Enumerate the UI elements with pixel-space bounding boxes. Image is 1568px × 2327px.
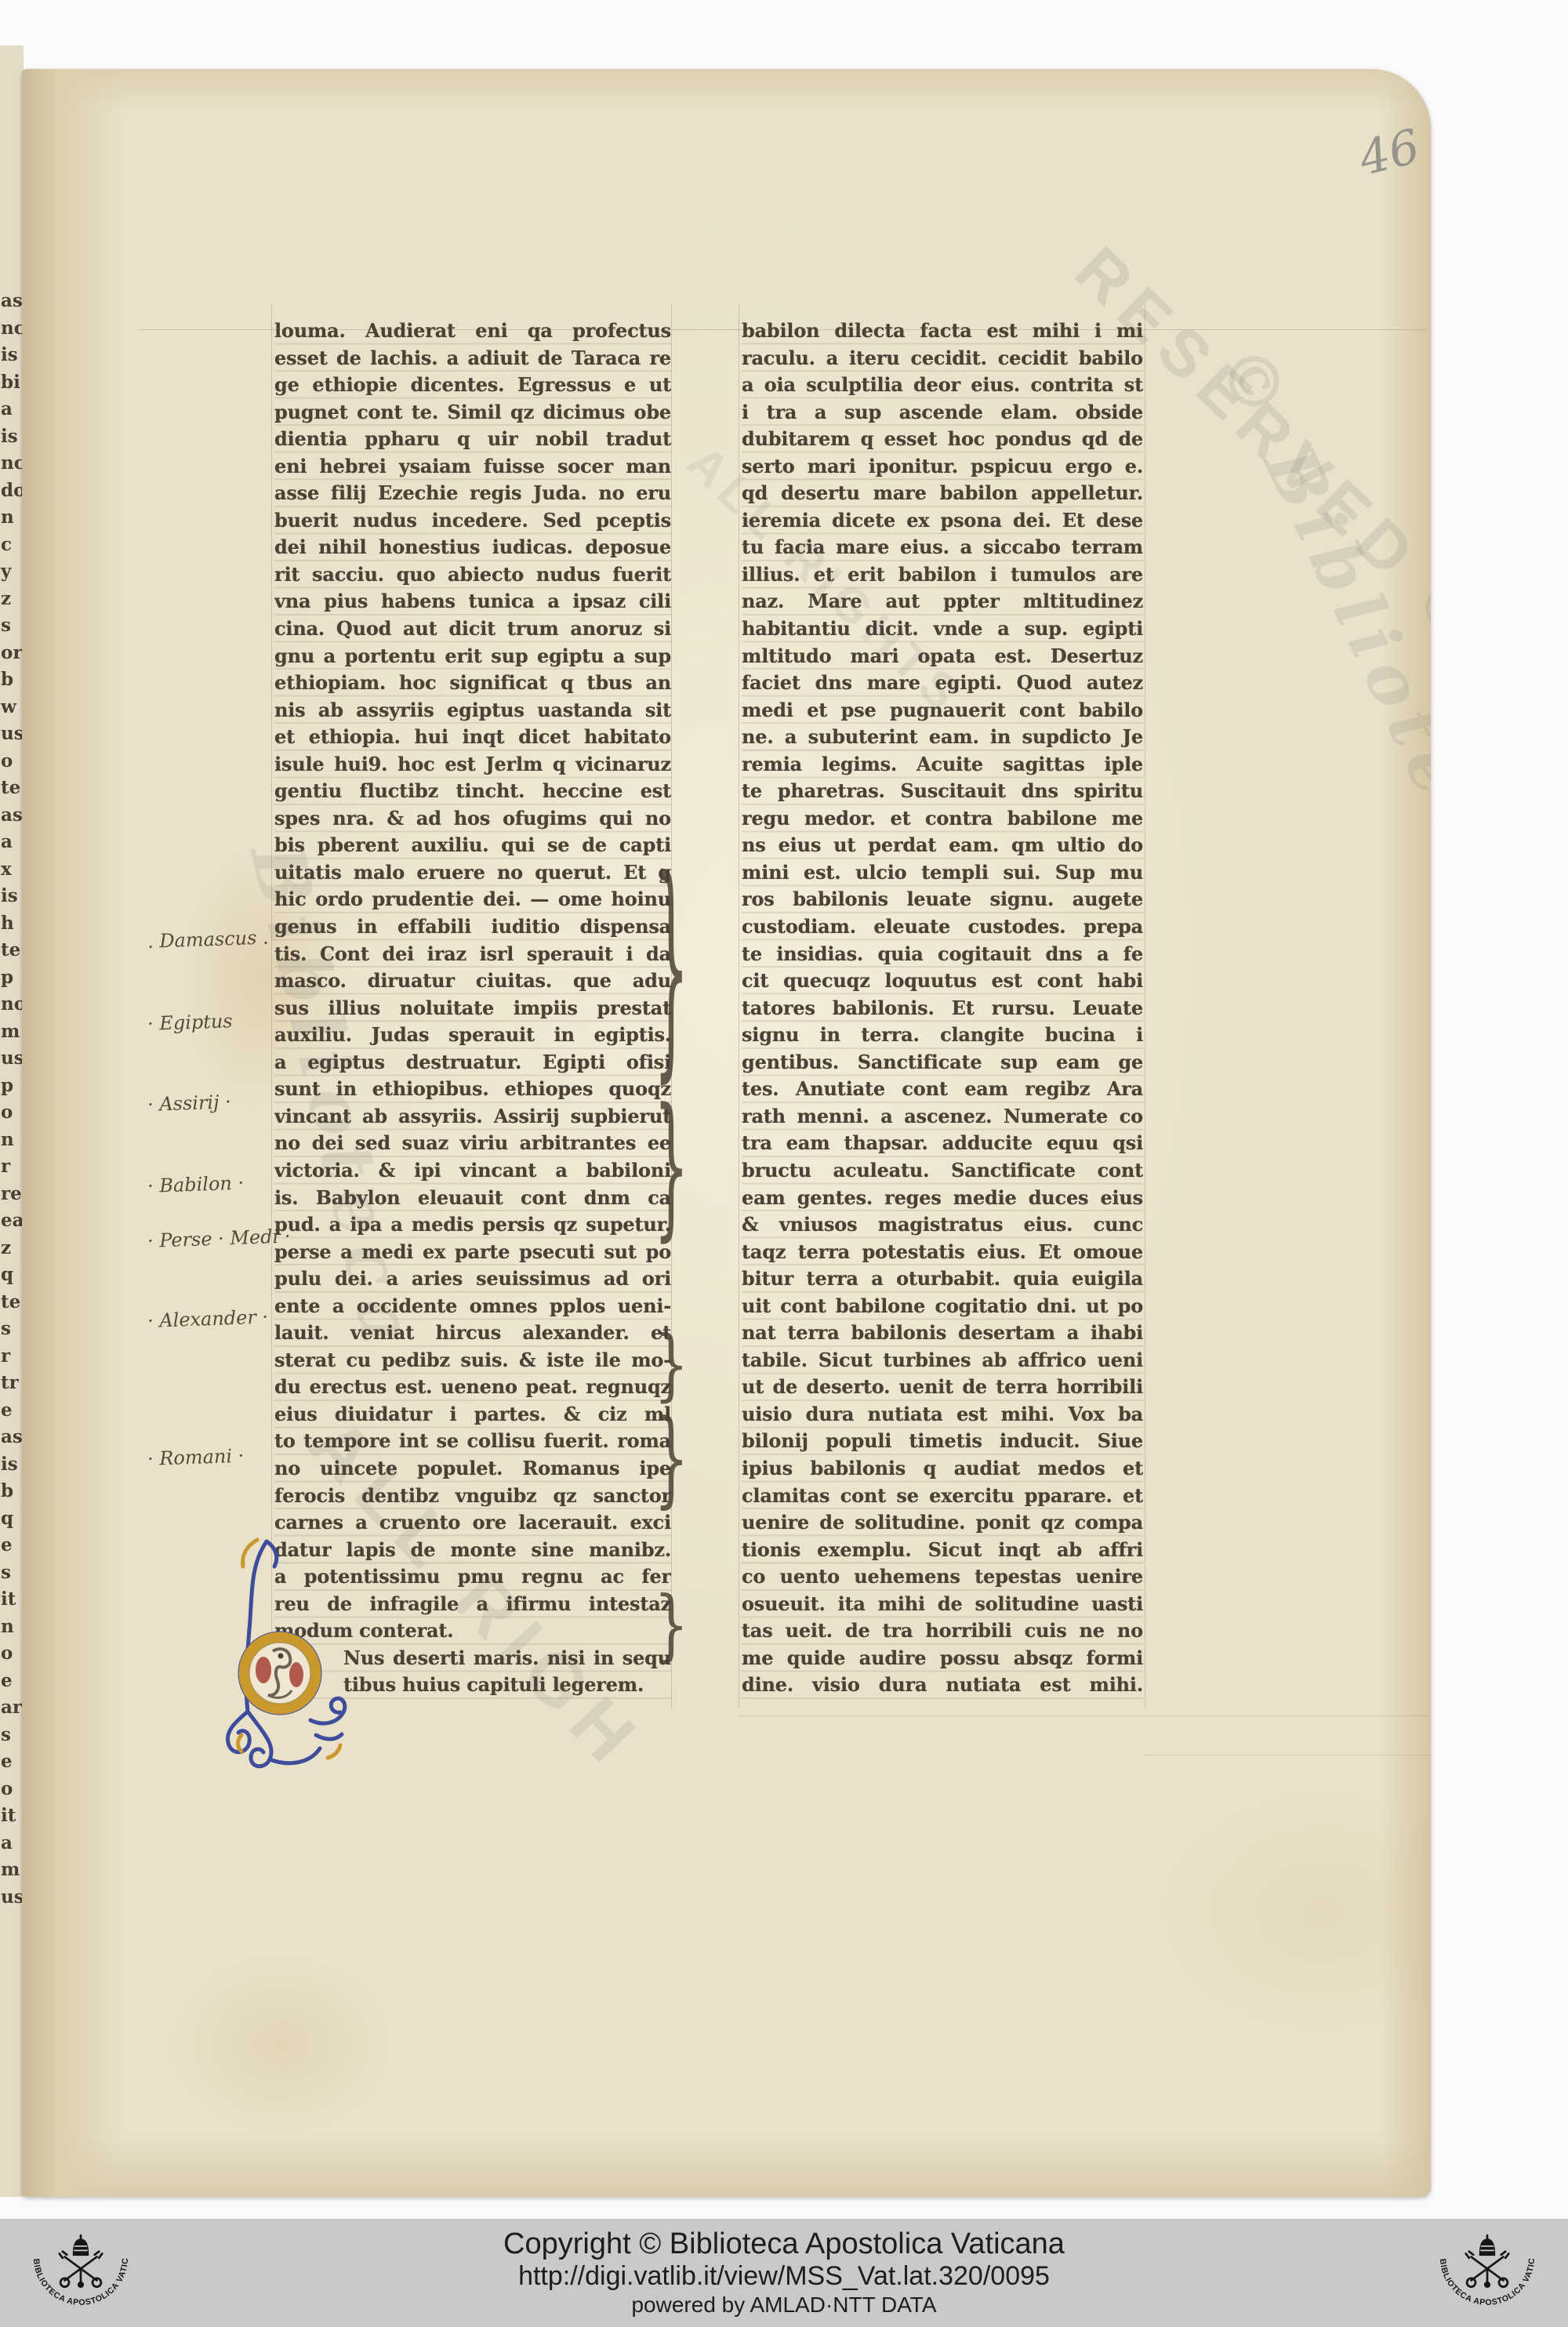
text-line: co uento uehemens tepestas uenire [742, 1563, 1143, 1591]
margin-label: · Perse · Medi · [147, 1227, 281, 1251]
text-line: tes. Anutiate cont eam regibz Ara [742, 1076, 1143, 1103]
text-line: bilonij populi timetis inducit. Siue [742, 1428, 1143, 1455]
logo-arc-text: BIBLIOTECA APOSTOLICA VATICANA [22, 2226, 130, 2307]
text-line: remia legims. Acuite sagittas iple [742, 751, 1143, 779]
text-line: a oia sculptilia deor eius. contrita st [742, 372, 1143, 399]
text-line: gentibus. Sanctificate sup eam ge [742, 1049, 1143, 1076]
text-line: eam gentes. reges medie duces eius [742, 1185, 1143, 1212]
text-line: rit sacciu. quo abiecto nudus fuerit [274, 561, 671, 589]
footer-url[interactable]: http://digi.vatlib.it/view/MSS_Vat.lat.3… [162, 2260, 1406, 2292]
text-line: ros babilonis leuate signu. augete [742, 886, 1143, 913]
edge-text-fragment: p [1, 1076, 13, 1095]
text-line: pud. a ipa a medis persis qz supetur. [274, 1211, 671, 1239]
edge-text-fragment: as [1, 292, 23, 310]
text-line: is. Babylon eleuauit cont dnm ca [274, 1185, 671, 1212]
text-line: vna pius habens tunica a ipsaz cili [274, 588, 671, 615]
edge-text-fragment: a [1, 400, 13, 418]
text-line: pugnet cont te. Simil qz dicimus obe [274, 399, 671, 427]
text-line: clamitas cont se exercitu pparare. et [742, 1483, 1143, 1510]
text-line: ipius babilonis q audiat medos et [742, 1455, 1143, 1483]
edge-text-fragment: re [1, 1185, 22, 1203]
text-line: louma. Audierat eni qa profectus [274, 318, 671, 345]
text-line: eius diuidatur i partes. & ciz ml [274, 1401, 671, 1429]
text-line: medi et pse pugnauerit cont babilo [742, 697, 1143, 724]
margin-label: · Romani · [147, 1445, 281, 1468]
edge-text-fragment: p [1, 968, 13, 986]
edge-text-fragment: tr [1, 1374, 19, 1392]
edge-text-fragment: do [1, 481, 24, 499]
text-line: ferocis dentibz vnguibz qz sanctor [274, 1483, 671, 1510]
text-line: tatores babilonis. Et rursu. Leuate [742, 995, 1143, 1022]
ruling-guide-right-col-left [739, 304, 739, 1708]
text-line: eni hebrei ysaiam fuisse socer man [274, 453, 671, 481]
edge-text-fragment: s [1, 1563, 11, 1581]
text-line: regu medor. et contra babilone me [742, 805, 1143, 833]
facing-page-edge: asncisbiaisncdoncyzsorbwusoteasaxishtepn… [0, 45, 24, 2197]
text-line: dine. visio dura nutiata est mihi. [742, 1672, 1143, 1699]
text-line: sunt in ethiopibus. ethiopes quoqz [274, 1076, 671, 1103]
text-line: masco. diruatur ciuitas. que adu [274, 967, 671, 995]
text-line: faciet dns mare egipti. Quod autez [742, 670, 1143, 697]
edge-text-fragment: s [1, 1726, 11, 1744]
edge-text-fragment: s [1, 1320, 11, 1338]
text-line: custodiam. eleuate custodes. prepa [742, 913, 1143, 941]
initial-text-lines: Nus deserti maris. nisi in sequtibus hui… [343, 1645, 671, 1699]
text-line: rath menni. a ascenez. Numerate co [742, 1103, 1143, 1131]
text-line: bis pberent auxiliu. qui se de capti [274, 832, 671, 859]
text-line: & vniusos magistratus eius. cunc [742, 1211, 1143, 1239]
edge-text-fragment: is [1, 427, 18, 445]
text-line: vincant ab assyriis. Assirij supbierut [274, 1103, 671, 1131]
text-line: osueuit. ita mihi de solitudine uasti [742, 1591, 1143, 1618]
edge-text-fragment: te [1, 1293, 20, 1311]
text-line: asse filij Ezechie regis Juda. no eru [274, 480, 671, 507]
text-line: uitatis malo eruere no querut. Et g [274, 859, 671, 887]
text-line: uenire de solitudine. ponit qz compa [742, 1509, 1143, 1537]
edge-text-fragment: m [1, 1861, 20, 1879]
text-line: Nus deserti maris. nisi in sequ [343, 1645, 671, 1672]
text-line: te insidias. quia cogitauit dns a fe [742, 941, 1143, 968]
edge-text-fragment: as [1, 806, 23, 824]
text-line: cina. Quod aut dicit trum anoruz si [274, 615, 671, 643]
text-line: ente a occidente omnes pplos ueni- [274, 1293, 671, 1320]
edge-text-fragment: o [1, 1780, 13, 1798]
text-line: tibus huius capituli legerem. [343, 1672, 671, 1699]
margin-label: · Assirij · [147, 1091, 281, 1114]
text-line: tabile. Sicut turbines ab affrico ueni [742, 1347, 1143, 1374]
edge-text-fragment: m [1, 1022, 20, 1040]
text-line: lauit. veniat hircus alexander. et [274, 1320, 671, 1347]
edge-text-fragment: e [1, 1401, 13, 1419]
text-line: tas ueit. de tra horribili cuis ne no [742, 1617, 1143, 1645]
edge-text-fragment: x [1, 860, 12, 878]
edge-text-fragment: z [1, 1239, 11, 1257]
edge-text-fragment: q [1, 1509, 13, 1527]
text-line: mltitudo mari opata est. Desertuz [742, 643, 1143, 670]
text-line: dubitarem q esset hoc pondus qd de [742, 426, 1143, 453]
edge-text-fragment: o [1, 1103, 13, 1121]
text-line: ieremia dicete ex psona dei. Et dese [742, 507, 1143, 535]
text-line: habitantiu dicit. vnde a sup. egipti [742, 615, 1143, 643]
text-line: a egiptus destruatur. Egipti ofisi [274, 1049, 671, 1076]
text-line: sterat cu pedibz suis. & iste ile mo- [274, 1347, 671, 1374]
text-line: raculu. a iteru cecidit. cecidit babilo [742, 345, 1143, 372]
text-line: gnu a portentu erit sup egiptu a sup [274, 643, 671, 670]
edge-text-fragment: e [1, 1672, 13, 1690]
text-line: esset de lachis. a adiuit de Taraca re [274, 345, 671, 372]
edge-text-fragment: n [1, 508, 14, 526]
text-line: hic ordo prudentie dei. — ome hoinu [274, 886, 671, 913]
edge-text-fragment: a [1, 833, 13, 851]
svg-text:BIBLIOTECA APOSTOLICA VATICAN: BIBLIOTECA APOSTOLICA VATICANA [22, 2226, 130, 2307]
edge-text-fragment: ea [1, 1211, 24, 1229]
text-line: genus in effabili iuditio dispensa [274, 913, 671, 941]
edge-text-fragment: a [1, 1834, 13, 1852]
edge-text-fragment: us [1, 1888, 24, 1906]
edge-text-fragment: b [1, 670, 13, 688]
edge-text-fragment: h [1, 914, 14, 932]
text-line: tis. Cont dei iraz isrl sperauit i da [274, 941, 671, 968]
edge-text-fragment: b [1, 1482, 13, 1500]
text-line: carnes a cruento ore lacerauit. exci [274, 1509, 671, 1537]
vatican-library-logo-right: BIBLIOTECA APOSTOLICA VATICANA [1428, 2226, 1546, 2320]
edge-text-fragment: q [1, 1265, 13, 1283]
edge-text-fragment: is [1, 887, 18, 905]
edge-text-fragment: n [1, 1131, 14, 1149]
edge-text-fragment: z [1, 590, 11, 608]
ruling-guide-bottom-1 [739, 1715, 1428, 1716]
logo-arc-text: BIBLIOTECA APOSTOLICA VATICANA [1428, 2226, 1537, 2307]
text-line: sus illius noluitate impiis prestat [274, 995, 671, 1022]
text-line: bructu aculeatu. Sanctificate cont [742, 1157, 1143, 1185]
text-line: tra eam thapsar. adducite equu qsi [742, 1130, 1143, 1157]
edge-text-fragment: c [1, 535, 12, 554]
text-line: bitur terra a oturbabit. quia euigila [742, 1265, 1143, 1293]
illuminated-initial [218, 1535, 359, 1778]
ruling-guide-left-col-left [271, 304, 272, 1708]
text-line: mini est. ulcio templi sui. Sup mu [742, 859, 1143, 887]
text-line: me quide audire possu absqz formi [742, 1645, 1143, 1672]
text-line: spes nra. & ad hos ofugims qui no [274, 805, 671, 833]
text-line: to tempore int se collisu fuerit. roma [274, 1428, 671, 1455]
edge-text-fragment: y [1, 562, 11, 580]
margin-brace: } [654, 849, 689, 1084]
margin-label: · Alexander · [147, 1307, 281, 1330]
text-line: cit quecuqz loquutus est cont habi [742, 967, 1143, 995]
folio-number: 46 [1354, 119, 1425, 187]
ruling-guide-right-col-right [1145, 304, 1145, 1708]
margin-label: · Egiptus [147, 1010, 281, 1033]
text-line: et ethiopia. hui inqt dicet habitato [274, 724, 671, 751]
text-line: dei nihil honestius iudicas. deposue [274, 534, 671, 561]
watermark-text: © Biblioteca Apostolica [1207, 336, 1431, 1389]
edge-text-fragment: te [1, 779, 20, 797]
edge-text-fragment: o [1, 752, 13, 770]
screenshot-root: asncisbiaisncdoncyzsorbwusoteasaxishtepn… [0, 0, 1568, 2327]
margin-label: · Babilon · [147, 1172, 281, 1196]
text-line: nis ab assyriis egiptus uastanda sit [274, 697, 671, 724]
margin-brace: } [654, 1326, 689, 1403]
edge-text-fragment: bi [1, 373, 20, 391]
text-line: signu in terra. clangite bucina i [742, 1022, 1143, 1049]
edge-text-fragment: e [1, 1752, 13, 1770]
text-line: nat terra babilonis desertam a ihabi [742, 1320, 1143, 1347]
text-line: te pharetras. Suscitauit dns spiritu [742, 778, 1143, 805]
edge-text-fragment: s [1, 616, 11, 634]
edge-text-fragment: as [1, 1428, 23, 1446]
margin-label: . Damascus . [147, 928, 281, 951]
edge-text-fragment: nc [1, 319, 24, 337]
text-line: taqz terra potestatis eius. Et omoue [742, 1239, 1143, 1266]
edge-text-fragment: te [1, 941, 20, 959]
footer-copyright: Copyright © Biblioteca Apostolica Vatica… [162, 2227, 1406, 2260]
edge-text-fragment: is [1, 346, 18, 364]
text-line: gentiu fluctibz tincht. heccine est [274, 778, 671, 805]
text-line: ut de deserto. uenit de terra horribili [742, 1374, 1143, 1401]
text-line: illius. et erit babilon i tumulos are [742, 561, 1143, 589]
text-line: tionis exemplu. Sicut inqt ab affri [742, 1537, 1143, 1564]
text-column-right: babilon dilecta facta est mihi i miracul… [742, 318, 1143, 1699]
footer-texts: Copyright © Biblioteca Apostolica Vatica… [162, 2227, 1406, 2318]
margin-brace: } [654, 1088, 689, 1243]
text-line: uisio dura nutiata est mihi. Vox ba [742, 1401, 1143, 1429]
text-line: ns eius ut perdat eam. qm ultio do [742, 832, 1143, 859]
text-line: tu facia mare eius. a siccabo terram [742, 534, 1143, 561]
text-line: victoria. & ipi vincant a babiloni [274, 1157, 671, 1185]
ruling-guide-bottom-2 [1143, 1755, 1429, 1755]
edge-text-fragment: nc [1, 454, 24, 472]
vatican-library-logo-left: BIBLIOTECA APOSTOLICA VATICANA [22, 2226, 140, 2320]
edge-text-fragment: is [1, 1455, 18, 1473]
edge-text-fragment: it [1, 1806, 16, 1824]
text-line: no uincete populet. Romanus ipe [274, 1455, 671, 1483]
footer-bar: BIBLIOTECA APOSTOLICA VATICANA Copyright… [0, 2219, 1568, 2327]
text-line: qd desertu mare babilon appelletur. [742, 480, 1143, 507]
edge-text-fragment: or [1, 644, 22, 662]
edge-text-fragment: w [1, 698, 16, 716]
edge-text-fragment: r [1, 1157, 10, 1175]
text-line: auxiliu. Judas sperauit in egiptis. [274, 1022, 671, 1049]
edge-text-fragment: it [1, 1590, 16, 1608]
text-line: ethiopiam. hoc significat q tbus an [274, 670, 671, 697]
edge-text-fragment: no [1, 995, 24, 1013]
edge-text-fragment: us [1, 724, 24, 742]
edge-text-fragment: r [1, 1347, 10, 1365]
text-line: serto mari iponitur. pspicuu ergo e. [742, 453, 1143, 481]
footer-powered-by: powered by AMLAD·NTT DATA [162, 2292, 1406, 2318]
text-column-left: louma. Audierat eni qa profectusesset de… [274, 318, 671, 1699]
text-line: babilon dilecta facta est mihi i mi [742, 318, 1143, 345]
edge-text-fragment: us [1, 1049, 24, 1067]
edge-text-fragment: o [1, 1644, 13, 1662]
text-line: dientia ppharu q uir nobil tradut [274, 426, 671, 453]
text-line: du erectus est. ueneno peat. regnuqz [274, 1374, 671, 1401]
text-line: uit cont babilone cogitatio dni. ut po [742, 1293, 1143, 1320]
margin-brace: } [654, 1586, 689, 1664]
text-line: i tra a sup ascende elam. obside mede. [742, 399, 1143, 427]
edge-text-fragment: e [1, 1536, 13, 1554]
edge-text-fragment: ar [1, 1698, 22, 1716]
text-line: buerit nudus incedere. Sed pceptis [274, 507, 671, 535]
text-line: naz. Mare aut ppter mltitudinez [742, 588, 1143, 615]
text-line: no dei sed suaz viriu arbitrantes ee [274, 1130, 671, 1157]
margin-brace: } [654, 1406, 689, 1510]
text-line: isule hui9. hoc est Jerlm q vicinaruz [274, 751, 671, 779]
manuscript-page: RESERVED ©ALL RIGHTSBiblioteca© Bibliote… [22, 69, 1431, 2197]
text-line: ge ethiopie dicentes. Egressus e ut [274, 372, 671, 399]
svg-text:BIBLIOTECA APOSTOLICA VATICAN: BIBLIOTECA APOSTOLICA VATICANA [1428, 2226, 1537, 2307]
text-line: perse a medi ex parte psecuti sut po [274, 1239, 671, 1266]
edge-text-fragment: n [1, 1617, 14, 1635]
text-line: pulu dei. a aries seuissimus ad ori [274, 1265, 671, 1293]
text-line: ne. a subuterint eam. in supdicto Je [742, 724, 1143, 751]
